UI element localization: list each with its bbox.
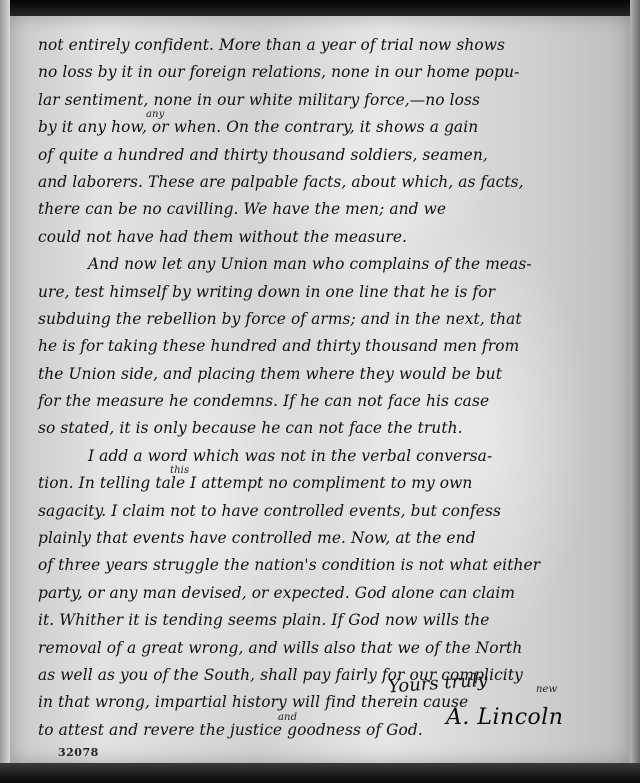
letter-line: the Union side, and placing them where t… (38, 361, 623, 388)
letter-line: and laborers. These are palpable facts, … (38, 169, 623, 196)
letter-line-text: to attest and revere the justice goodnes… (38, 721, 423, 739)
letter-line: plainly that events have controlled me. … (38, 525, 623, 552)
letter-body: not entirely confident. More than a year… (38, 32, 623, 744)
catalog-number: 32078 (58, 746, 99, 759)
scan-frame-left (0, 0, 10, 783)
interlinear-insertion: and (278, 713, 297, 723)
interlinear-insertion: new (536, 685, 557, 695)
letter-line: of three years struggle the nation's con… (38, 552, 623, 579)
scan-frame-bottom (0, 763, 640, 783)
letter-line: not entirely confident. More than a year… (38, 32, 623, 59)
letter-line: any by it any how, or when. On the contr… (38, 114, 623, 141)
scan-frame-right (630, 0, 640, 783)
letter-line: of quite a hundred and thirty thousand s… (38, 142, 623, 169)
letter-line: ure, test himself by writing down in one… (38, 279, 623, 306)
letter-line: And now let any Union man who complains … (38, 251, 623, 278)
letter-line: subduing the rebellion by force of arms;… (38, 306, 623, 333)
signature: A. Lincoln (446, 705, 563, 730)
manuscript-page: not entirely confident. More than a year… (10, 16, 630, 763)
letter-line: he is for taking these hundred and thirt… (38, 333, 623, 360)
letter-line: for the measure he condemns. If he can n… (38, 388, 623, 415)
letter-line: removal of a great wrong, and wills also… (38, 635, 623, 662)
letter-line: I add a word which was not in the verbal… (38, 443, 623, 470)
letter-line: could not have had them without the meas… (38, 224, 623, 251)
letter-line: this tion. In telling tale I attempt no … (38, 470, 623, 497)
letter-line: it. Whither it is tending seems plain. I… (38, 607, 623, 634)
letter-line: there can be no cavilling. We have the m… (38, 196, 623, 223)
letter-line-text: tion. In telling tale I attempt no compl… (38, 474, 472, 492)
letter-line: sagacity. I claim not to have controlled… (38, 498, 623, 525)
letter-line: no loss by it in our foreign relations, … (38, 59, 623, 86)
letter-line-text: by it any how, or when. On the contrary,… (38, 118, 478, 136)
letter-line: party, or any man devised, or expected. … (38, 580, 623, 607)
interlinear-insertion: this (170, 466, 189, 476)
letter-line: lar sentiment, none in our white militar… (38, 87, 623, 114)
interlinear-insertion: any (146, 110, 164, 120)
letter-line: so stated, it is only because he can not… (38, 415, 623, 442)
